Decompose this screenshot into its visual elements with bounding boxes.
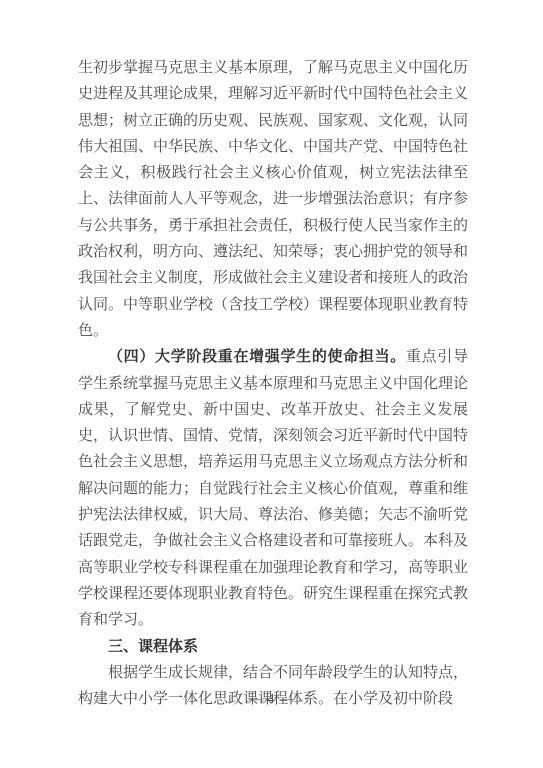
section-four-body-text: 重点引导学生系统掌握马克思主义基本原理和马克思主义中国化理论成果，了解党史、新中… [78,349,468,628]
section-four-heading-inline: （四）大学阶段重在增强学生的使命担当。 [108,349,406,365]
document-page: 生初步掌握马克思主义基本原理，了解马克思主义中国化历史进程及其理论成果，理解习近… [0,0,543,768]
paragraph-continuation: 生初步掌握马克思主义基本原理，了解马克思主义中国化历史进程及其理论成果，理解习近… [78,55,468,344]
page-number: — 4 — [0,691,543,707]
document-body: 生初步掌握马克思主义基本原理，了解马克思主义中国化历史进程及其理论成果，理解习近… [78,55,468,712]
section-four-paragraph: （四）大学阶段重在增强学生的使命担当。重点引导学生系统掌握马克思主义基本原理和马… [78,344,468,633]
section-three-heading: 三、课程体系 [78,634,468,660]
